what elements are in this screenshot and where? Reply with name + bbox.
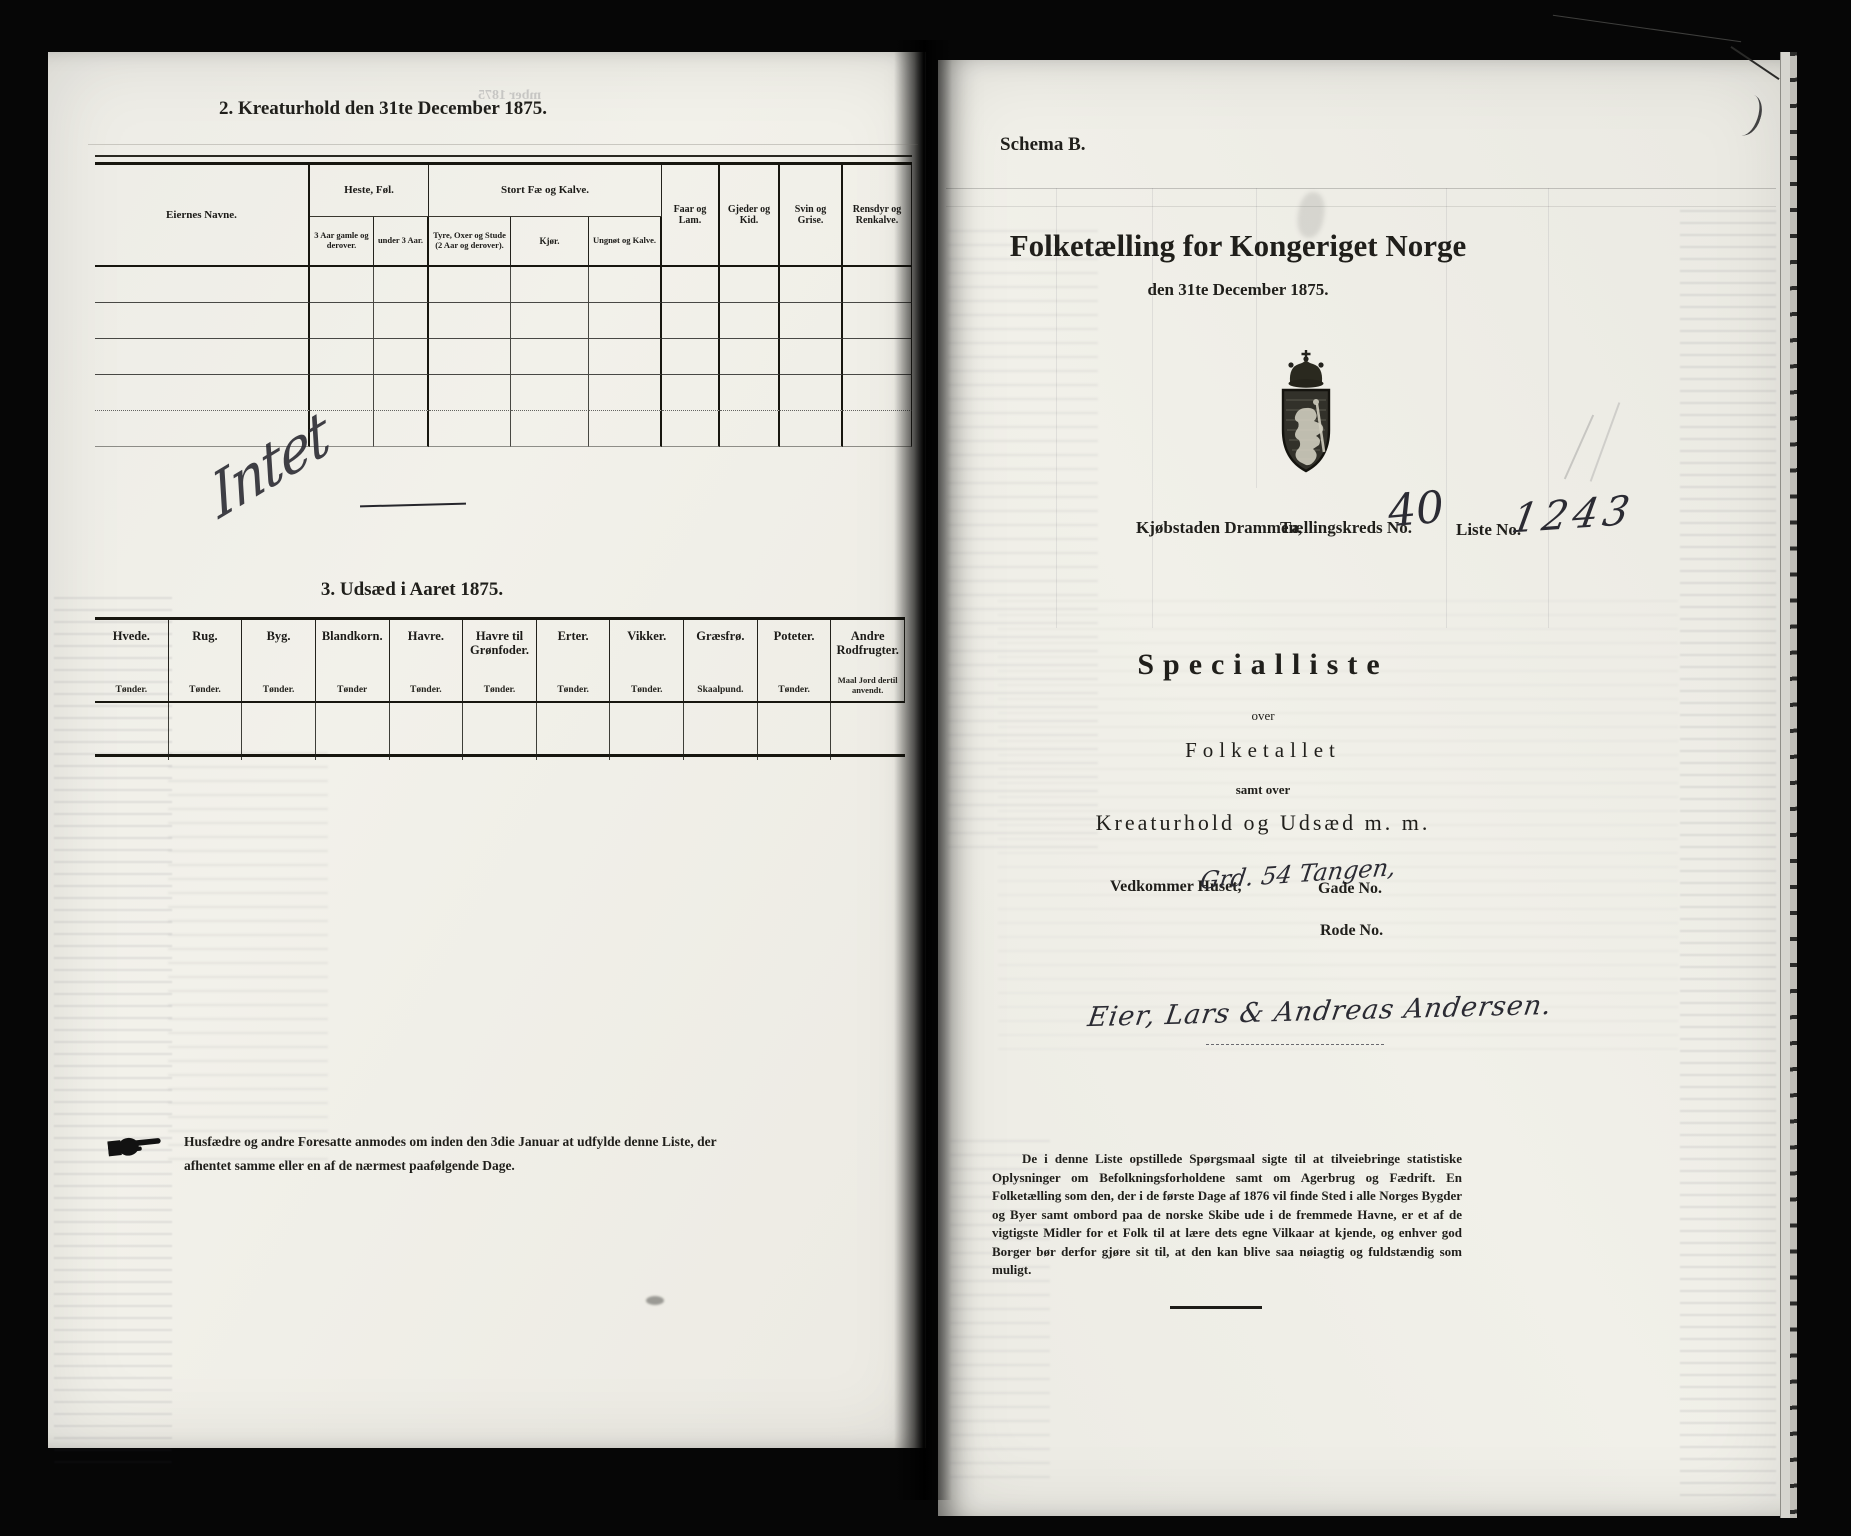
col-unit: Tønder.: [778, 685, 810, 695]
kreaturhold-empty-cell: [511, 375, 589, 411]
schema-label: Schema B.: [1000, 134, 1086, 156]
owner-underline: [1206, 1044, 1384, 1045]
udsaed-col-poteter: Poteter. Tønder.: [758, 620, 832, 703]
book-gutter-shadow: [894, 40, 952, 1500]
kreaturhold-empty-cell: [429, 267, 511, 303]
kreaturhold-empty-cell: [374, 303, 429, 339]
kreaturhold-empty-cell: [662, 303, 720, 339]
col-unit: Tønder.: [557, 685, 589, 695]
norway-coat-of-arms: [1270, 348, 1342, 482]
kreaturhold-empty-cell: [720, 267, 780, 303]
col-unit: Skaalpund.: [697, 685, 743, 695]
udsaed-empty-cell: [758, 703, 832, 760]
kreaturhold-empty-cell: [720, 411, 780, 447]
title-separator-rule: [88, 144, 918, 145]
kreaturhold-empty-cell: [95, 267, 310, 303]
specialliste-over: over: [1028, 708, 1498, 724]
kreaturhold-empty-cell: [780, 303, 843, 339]
col-name: Vikker.: [627, 630, 666, 644]
kreaturhold-empty-cell: [511, 339, 589, 375]
col-unit: Maal Jord dertil anvendt.: [833, 676, 902, 695]
pointing-hand-icon: [107, 1129, 166, 1165]
footnote-line2: afhentet samme eller en af de nærmest pa…: [184, 1158, 515, 1174]
subcol-horses-under3: under 3 Aar.: [374, 217, 429, 267]
col-name: Byg.: [267, 630, 291, 644]
col-name: Poteter.: [774, 630, 815, 644]
kreaturhold-empty-cell: [780, 339, 843, 375]
kreaturhold-title: 2. Kreaturhold den 31te December 1875.: [173, 98, 593, 120]
kreaturhold-empty-cell: [511, 267, 589, 303]
subcol-cattle-bulls: Tyre, Oxer og Stude (2 Aar og derover).: [429, 217, 511, 267]
col-unit: Tønder.: [263, 685, 295, 695]
col-header-sheep: Faar og Lam.: [662, 165, 720, 267]
liste-value-handwritten: 1243: [1508, 487, 1638, 542]
col-header-owner: Eiernes Navne.: [95, 165, 310, 267]
specialliste-heading: Specialliste: [1028, 648, 1498, 682]
instruction-paragraph: De i denne Liste opstillede Spørgsmaal s…: [992, 1150, 1462, 1280]
kreaturhold-empty-cell: [95, 303, 310, 339]
kreaturhold-grid: Eiernes Navne. Heste, Føl. 3 Aar gamle o…: [95, 162, 912, 444]
kreaturhold-empty-cell: [511, 303, 589, 339]
ghost-stroke-1: [1564, 415, 1594, 480]
subcol-cattle-calves: Ungnøt og Kalve.: [589, 217, 662, 267]
udsaed-col-hvede: Hvede. Tønder.: [95, 620, 169, 703]
corner-hook-mark: [1728, 91, 1767, 139]
udsaed-col-byg: Byg. Tønder.: [242, 620, 316, 703]
udsaed-col-rug: Rug. Tønder.: [169, 620, 243, 703]
rode-label: Rode No.: [1320, 922, 1383, 940]
kreaturhold-empty-cell: [95, 339, 310, 375]
kreaturhold-empty-cell: [429, 339, 511, 375]
bleedthrough-left-inner: [168, 752, 328, 1172]
udsaed-col-vikker: Vikker. Tønder.: [610, 620, 684, 703]
kreaturhold-empty-cell: [780, 411, 843, 447]
kreaturhold-empty-cell: [310, 303, 374, 339]
handwritten-dash: [360, 503, 466, 508]
census-subtitle: den 31te December 1875.: [938, 280, 1538, 300]
right-page: Schema B. Folketælling for Kongeriget No…: [938, 60, 1786, 1516]
col-header-goats: Gjeder og Kid.: [720, 165, 780, 267]
col-unit: Tønder.: [189, 685, 221, 695]
specialliste-subjects: Kreaturhold og Udsæd m. m.: [1028, 810, 1498, 836]
kreaturhold-empty-cell: [662, 375, 720, 411]
kreaturhold-empty-cell: [780, 267, 843, 303]
udsaed-empty-cell: [316, 703, 390, 760]
udsaed-empty-cell: [463, 703, 537, 760]
kreaturhold-empty-cell: [662, 339, 720, 375]
ghost-stroke-2: [1590, 402, 1621, 482]
col-unit: Tønder: [337, 685, 367, 695]
udsaed-empty-cell: [610, 703, 684, 760]
col-unit: Tønder.: [484, 685, 516, 695]
page-corner-curl-line: [1730, 46, 1779, 80]
kreaturhold-empty-cell: [589, 339, 662, 375]
page-stack-edge: [1780, 52, 1797, 1518]
udsaed-col-erter: Erter. Tønder.: [537, 620, 611, 703]
col-name: Havre til Grønfoder.: [465, 630, 534, 658]
col-name: Blandkorn.: [322, 630, 383, 644]
kreaturhold-empty-cell: [589, 303, 662, 339]
udsaed-empty-cell: [169, 703, 243, 760]
ink-smudge: [646, 1296, 664, 1305]
col-unit: Tønder.: [410, 685, 442, 695]
subcol-horses-over3: 3 Aar gamle og derover.: [310, 217, 374, 267]
kreaturhold-empty-cell: [511, 411, 589, 447]
scanned-census-spread: mber 1875 2. Kreaturhold den 31te Decemb…: [0, 0, 1851, 1536]
kreaturhold-empty-cell: [589, 375, 662, 411]
paragraph-end-rule: [1170, 1306, 1262, 1309]
col-name: Erter.: [558, 630, 589, 644]
col-name: Græsfrø.: [696, 630, 744, 644]
kreaturhold-table-topline: [95, 155, 912, 157]
bleedthrough-right-column: [1680, 210, 1776, 1500]
city-label: Kjøbstaden Drammen,: [1136, 518, 1302, 538]
left-page: mber 1875 2. Kreaturhold den 31te Decemb…: [48, 52, 926, 1448]
census-title: Folketælling for Kongeriget Norge: [938, 228, 1538, 264]
udsaed-grid: Hvede. Tønder. Rug. Tønder. Byg. Tønder.…: [95, 617, 905, 757]
bleedthrough-vline-5: [1548, 188, 1549, 628]
udsaed-col-havre: Havre. Tønder.: [390, 620, 464, 703]
kreaturhold-empty-cell: [374, 267, 429, 303]
specialliste-folketallet: Folketallet: [1028, 738, 1498, 763]
kreaturhold-empty-cell: [662, 267, 720, 303]
col-unit: Tønder.: [116, 685, 148, 695]
kreaturhold-empty-cell: [95, 375, 310, 411]
bleedthrough-rule-2: [946, 206, 1776, 207]
udsaed-col-graesfro: Græsfrø. Skaalpund.: [684, 620, 758, 703]
specialliste-samt-over: samt over: [1028, 782, 1498, 798]
udsaed-empty-cell: [390, 703, 464, 760]
footnote-line1: Husfædre og andre Foresatte anmodes om i…: [184, 1134, 717, 1150]
page-stack-edge-texture: [1790, 52, 1797, 1518]
col-name: Hvede.: [113, 630, 150, 644]
group-header-cattle: Stort Fæ og Kalve.: [429, 165, 662, 217]
udsaed-empty-cell: [684, 703, 758, 760]
col-unit: Tønder.: [631, 685, 663, 695]
col-name: Havre.: [408, 630, 444, 644]
kreaturhold-empty-cell: [310, 267, 374, 303]
udsaed-col-blandkorn: Blandkorn. Tønder: [316, 620, 390, 703]
kreaturhold-empty-cell: [589, 411, 662, 447]
stacked-page-corner-line: [1553, 15, 1741, 42]
group-header-horses: Heste, Føl.: [310, 165, 429, 217]
col-name: Andre Rodfrugter.: [833, 630, 902, 658]
subcol-cattle-cows: Kjør.: [511, 217, 589, 267]
kreaturhold-empty-cell: [720, 375, 780, 411]
bleedthrough-rule-1: [946, 188, 1776, 189]
col-name: Rug.: [192, 630, 217, 644]
district-value-handwritten: 40: [1386, 482, 1446, 538]
udsaed-empty-cell: [537, 703, 611, 760]
udsaed-empty-cell: [95, 703, 169, 760]
udsaed-col-gronfoder: Havre til Grønfoder. Tønder.: [463, 620, 537, 703]
kreaturhold-empty-cell: [589, 267, 662, 303]
kreaturhold-empty-cell: [429, 375, 511, 411]
kreaturhold-empty-cell: [429, 303, 511, 339]
kreaturhold-empty-cell: [429, 411, 511, 447]
kreaturhold-empty-cell: [720, 339, 780, 375]
kreaturhold-empty-cell: [662, 411, 720, 447]
kreaturhold-empty-cell: [780, 375, 843, 411]
col-header-pigs: Svin og Grise.: [780, 165, 843, 267]
kreaturhold-empty-cell: [720, 303, 780, 339]
udsaed-title: 3. Udsæd i Aaret 1875.: [212, 579, 612, 601]
gade-label: Gade No.: [1318, 880, 1382, 898]
udsaed-empty-cell: [242, 703, 316, 760]
